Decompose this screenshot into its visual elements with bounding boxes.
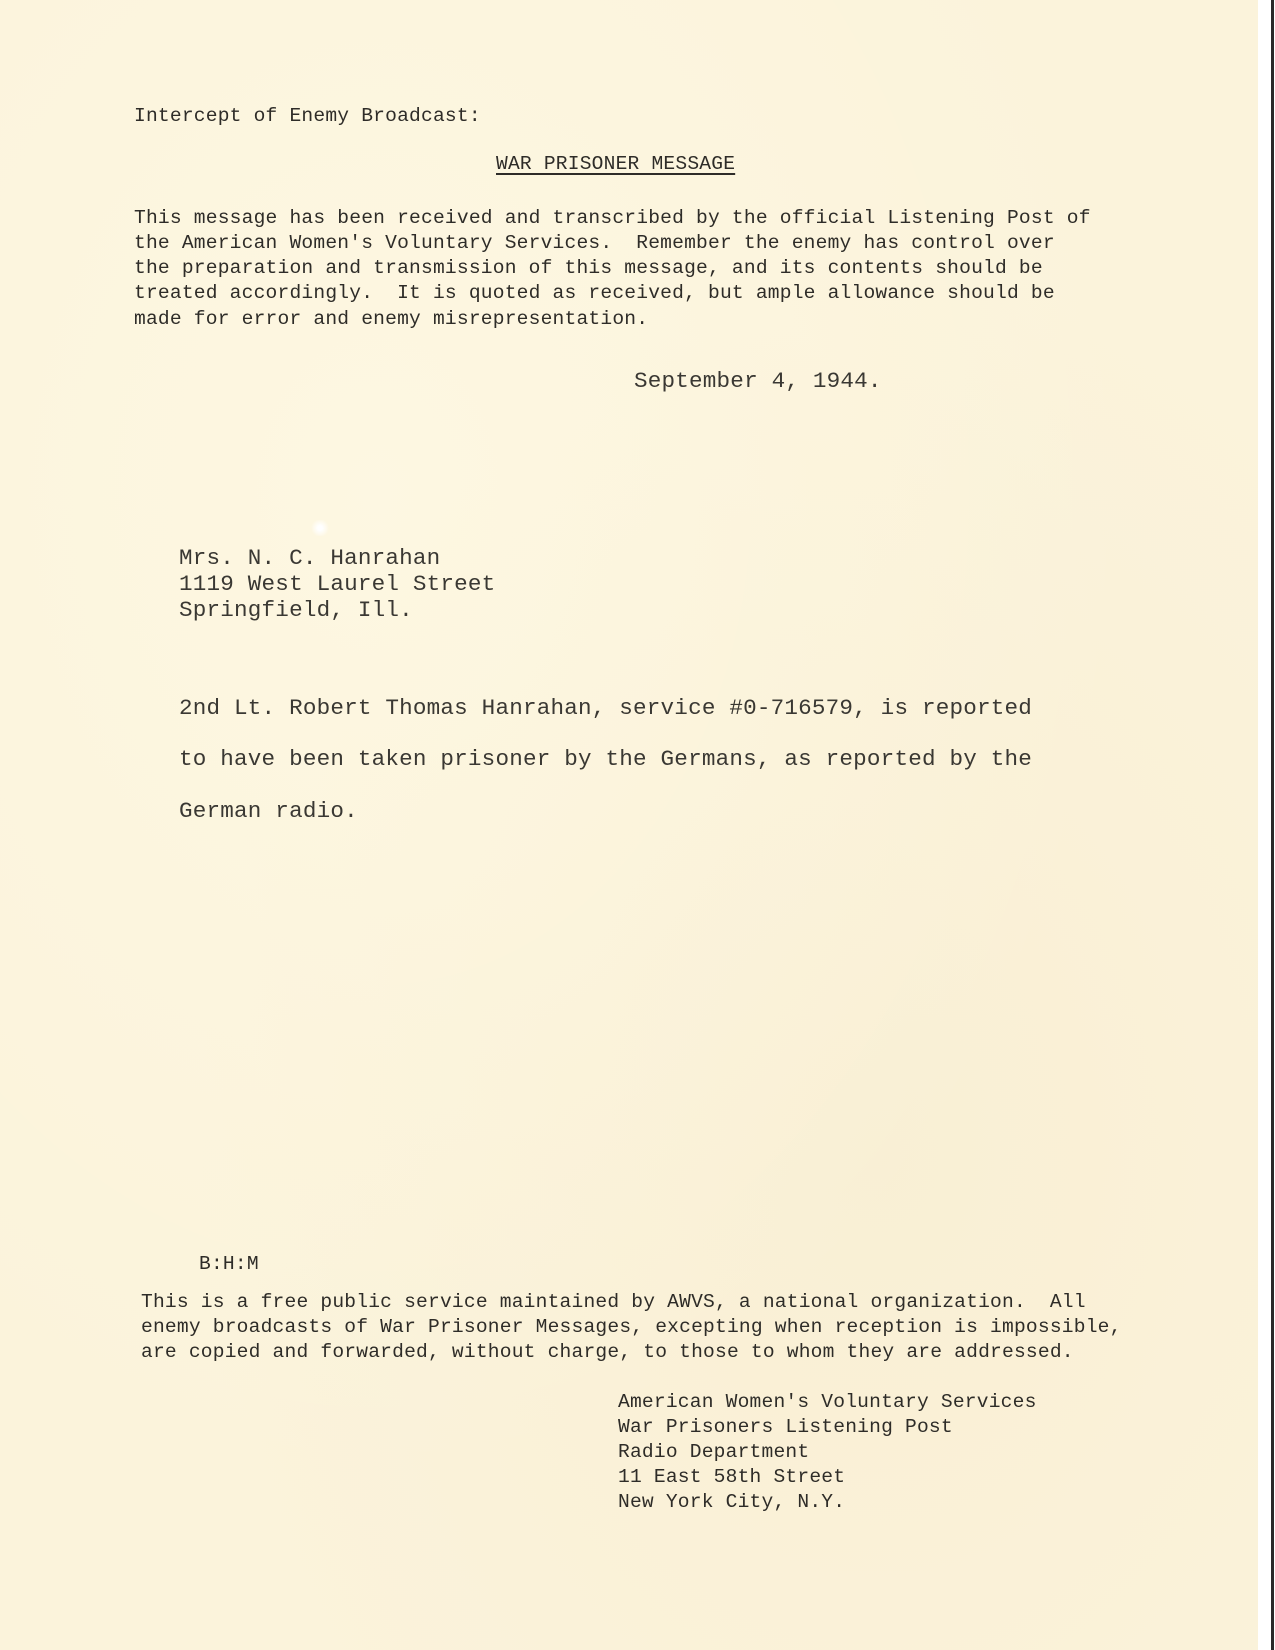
footer-line: are copied and forwarded, without charge… bbox=[141, 1340, 1074, 1366]
typist-initials: B:H:M bbox=[199, 1252, 259, 1278]
signature-line: American Women's Voluntary Services bbox=[618, 1390, 1037, 1416]
disclaimer-line: the American Women's Voluntary Services.… bbox=[134, 231, 1055, 257]
footer-line: enemy broadcasts of War Prisoner Message… bbox=[141, 1315, 1122, 1341]
message-line: German radio. bbox=[179, 798, 358, 825]
disclaimer-line: made for error and enemy misrepresentati… bbox=[134, 307, 648, 333]
recipient-city: Springfield, Ill. bbox=[179, 597, 413, 624]
disclaimer-line: treated accordingly. It is quoted as rec… bbox=[134, 281, 1055, 307]
footer-line: This is a free public service maintained… bbox=[141, 1290, 1086, 1316]
intro-heading: Intercept of Enemy Broadcast: bbox=[134, 104, 481, 130]
signature-line: Radio Department bbox=[618, 1440, 809, 1466]
disclaimer-line: This message has been received and trans… bbox=[134, 206, 1091, 232]
message-line: to have been taken prisoner by the Germa… bbox=[179, 746, 1032, 773]
message-date: September 4, 1944. bbox=[634, 368, 882, 395]
signature-line: War Prisoners Listening Post bbox=[618, 1415, 953, 1441]
document-title: WAR PRISONER MESSAGE bbox=[496, 152, 735, 178]
scan-edge bbox=[1271, 0, 1274, 1650]
signature-line: 11 East 58th Street bbox=[618, 1465, 845, 1491]
signature-line: New York City, N.Y. bbox=[618, 1490, 845, 1516]
document-page: Intercept of Enemy Broadcast: WAR PRISON… bbox=[0, 0, 1258, 1650]
recipient-name: Mrs. N. C. Hanrahan bbox=[179, 545, 440, 572]
message-line: 2nd Lt. Robert Thomas Hanrahan, service … bbox=[179, 695, 1032, 722]
disclaimer-line: the preparation and transmission of this… bbox=[134, 256, 1043, 282]
recipient-street: 1119 West Laurel Street bbox=[179, 571, 495, 598]
paper-glare bbox=[311, 520, 329, 536]
